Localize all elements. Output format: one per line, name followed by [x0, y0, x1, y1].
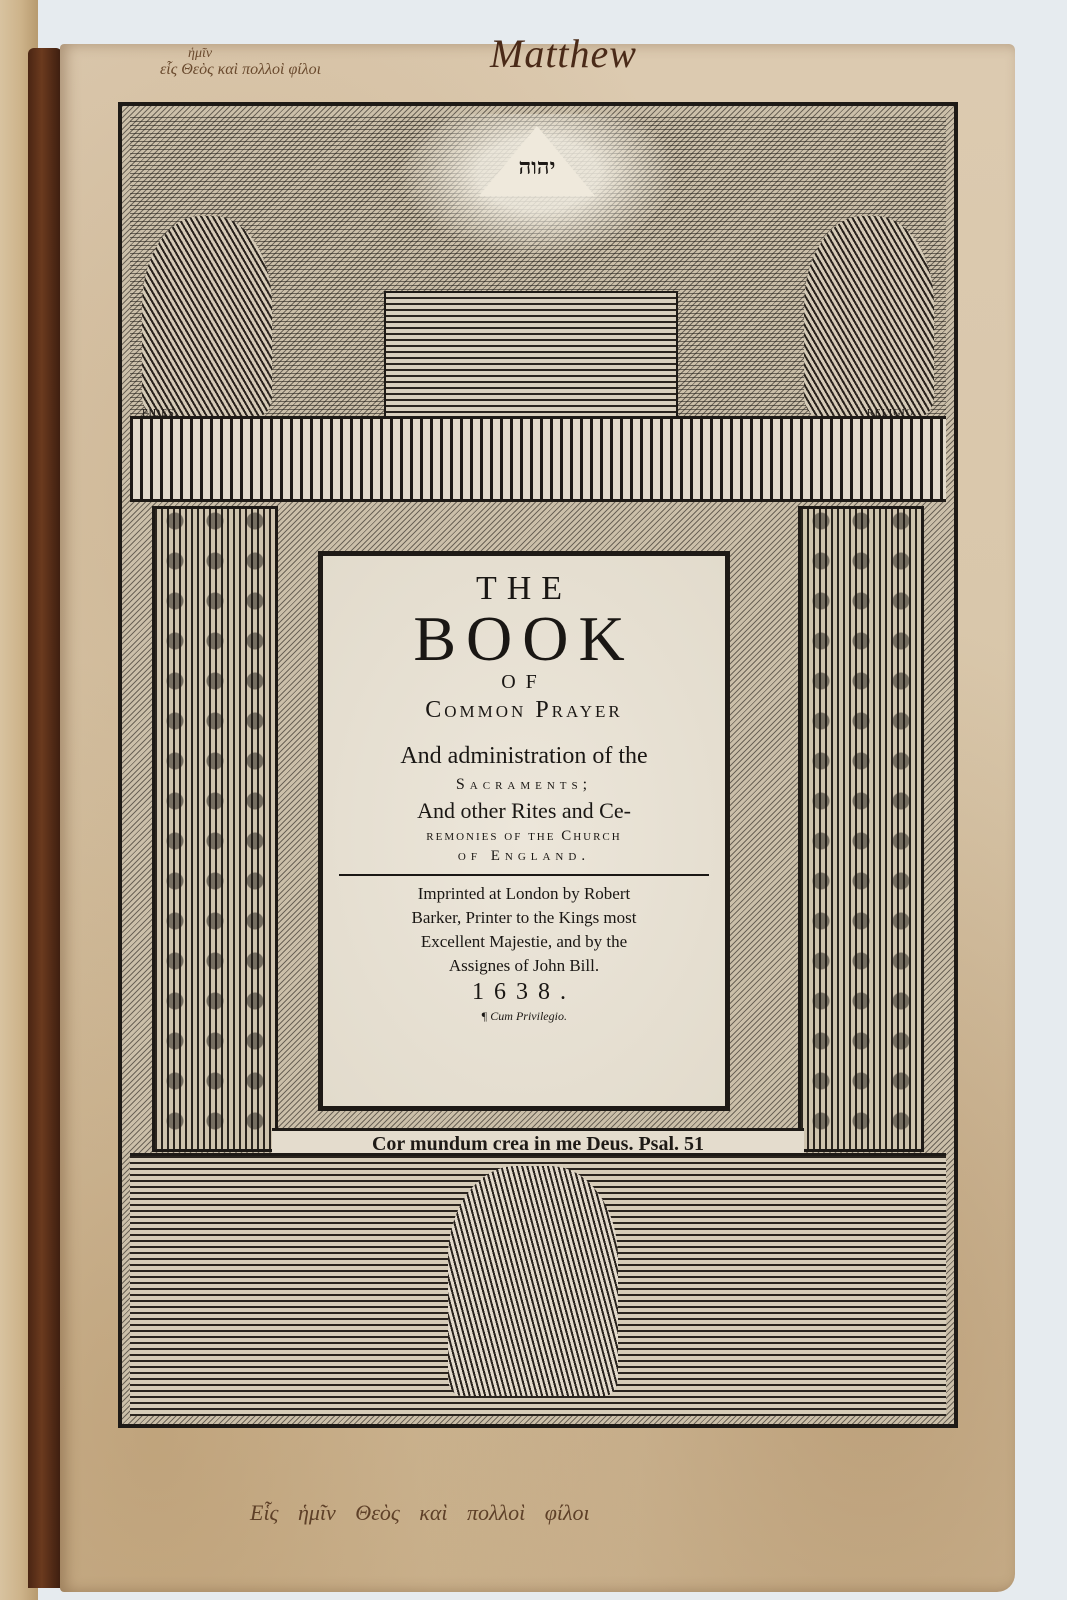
handwritten-greek-inscription-top: ἡμῖν εἷς Θεὸς καὶ πολλοὶ φίλοι — [160, 46, 321, 78]
title-of: OF — [323, 670, 725, 694]
imprint-line-3: Excellent Majestie, and by the — [323, 930, 725, 954]
divider-rule — [339, 874, 709, 876]
entablature-frieze — [130, 416, 946, 502]
imprint-line-4: Assignes of John Bill. — [323, 954, 725, 978]
tetragrammaton-text: יהוה — [502, 154, 572, 180]
subtitle-ceremonies: remonies of the Church — [323, 826, 725, 846]
cum-privilegio: ¶ Cum Privilegio. — [323, 1006, 725, 1026]
religio-figure-icon — [804, 216, 934, 416]
pedestal-base — [130, 1153, 946, 1416]
handwritten-greek-inscription-bottom: Εἷς ἡμῖν Θεὸς καὶ πολλοὶ φίλοι — [250, 1500, 590, 1526]
imprint-line-2: Barker, Printer to the Kings most — [323, 906, 725, 930]
subtitle-england: of England. — [323, 846, 725, 866]
owner-signature: Matthew — [490, 30, 637, 77]
leather-spine — [28, 48, 62, 1588]
subtitle-rites: And other Rites and Ce- — [323, 796, 725, 826]
left-vine-column — [152, 506, 278, 1152]
subtitle-sacraments: Sacraments; — [323, 774, 725, 796]
king-david-harp-figure-icon — [448, 1166, 618, 1396]
title-book: BOOK — [323, 608, 725, 670]
title-panel: THE BOOK OF Common Prayer And administra… — [318, 551, 730, 1111]
title-common-prayer: Common Prayer — [323, 694, 725, 726]
imprint-line-1: Imprinted at London by Robert — [323, 882, 725, 906]
subtitle-administration: And administration of the — [323, 738, 725, 774]
right-vine-column — [798, 506, 924, 1152]
fides-figure-icon — [142, 216, 272, 416]
publication-year: 1638. — [323, 978, 725, 1006]
